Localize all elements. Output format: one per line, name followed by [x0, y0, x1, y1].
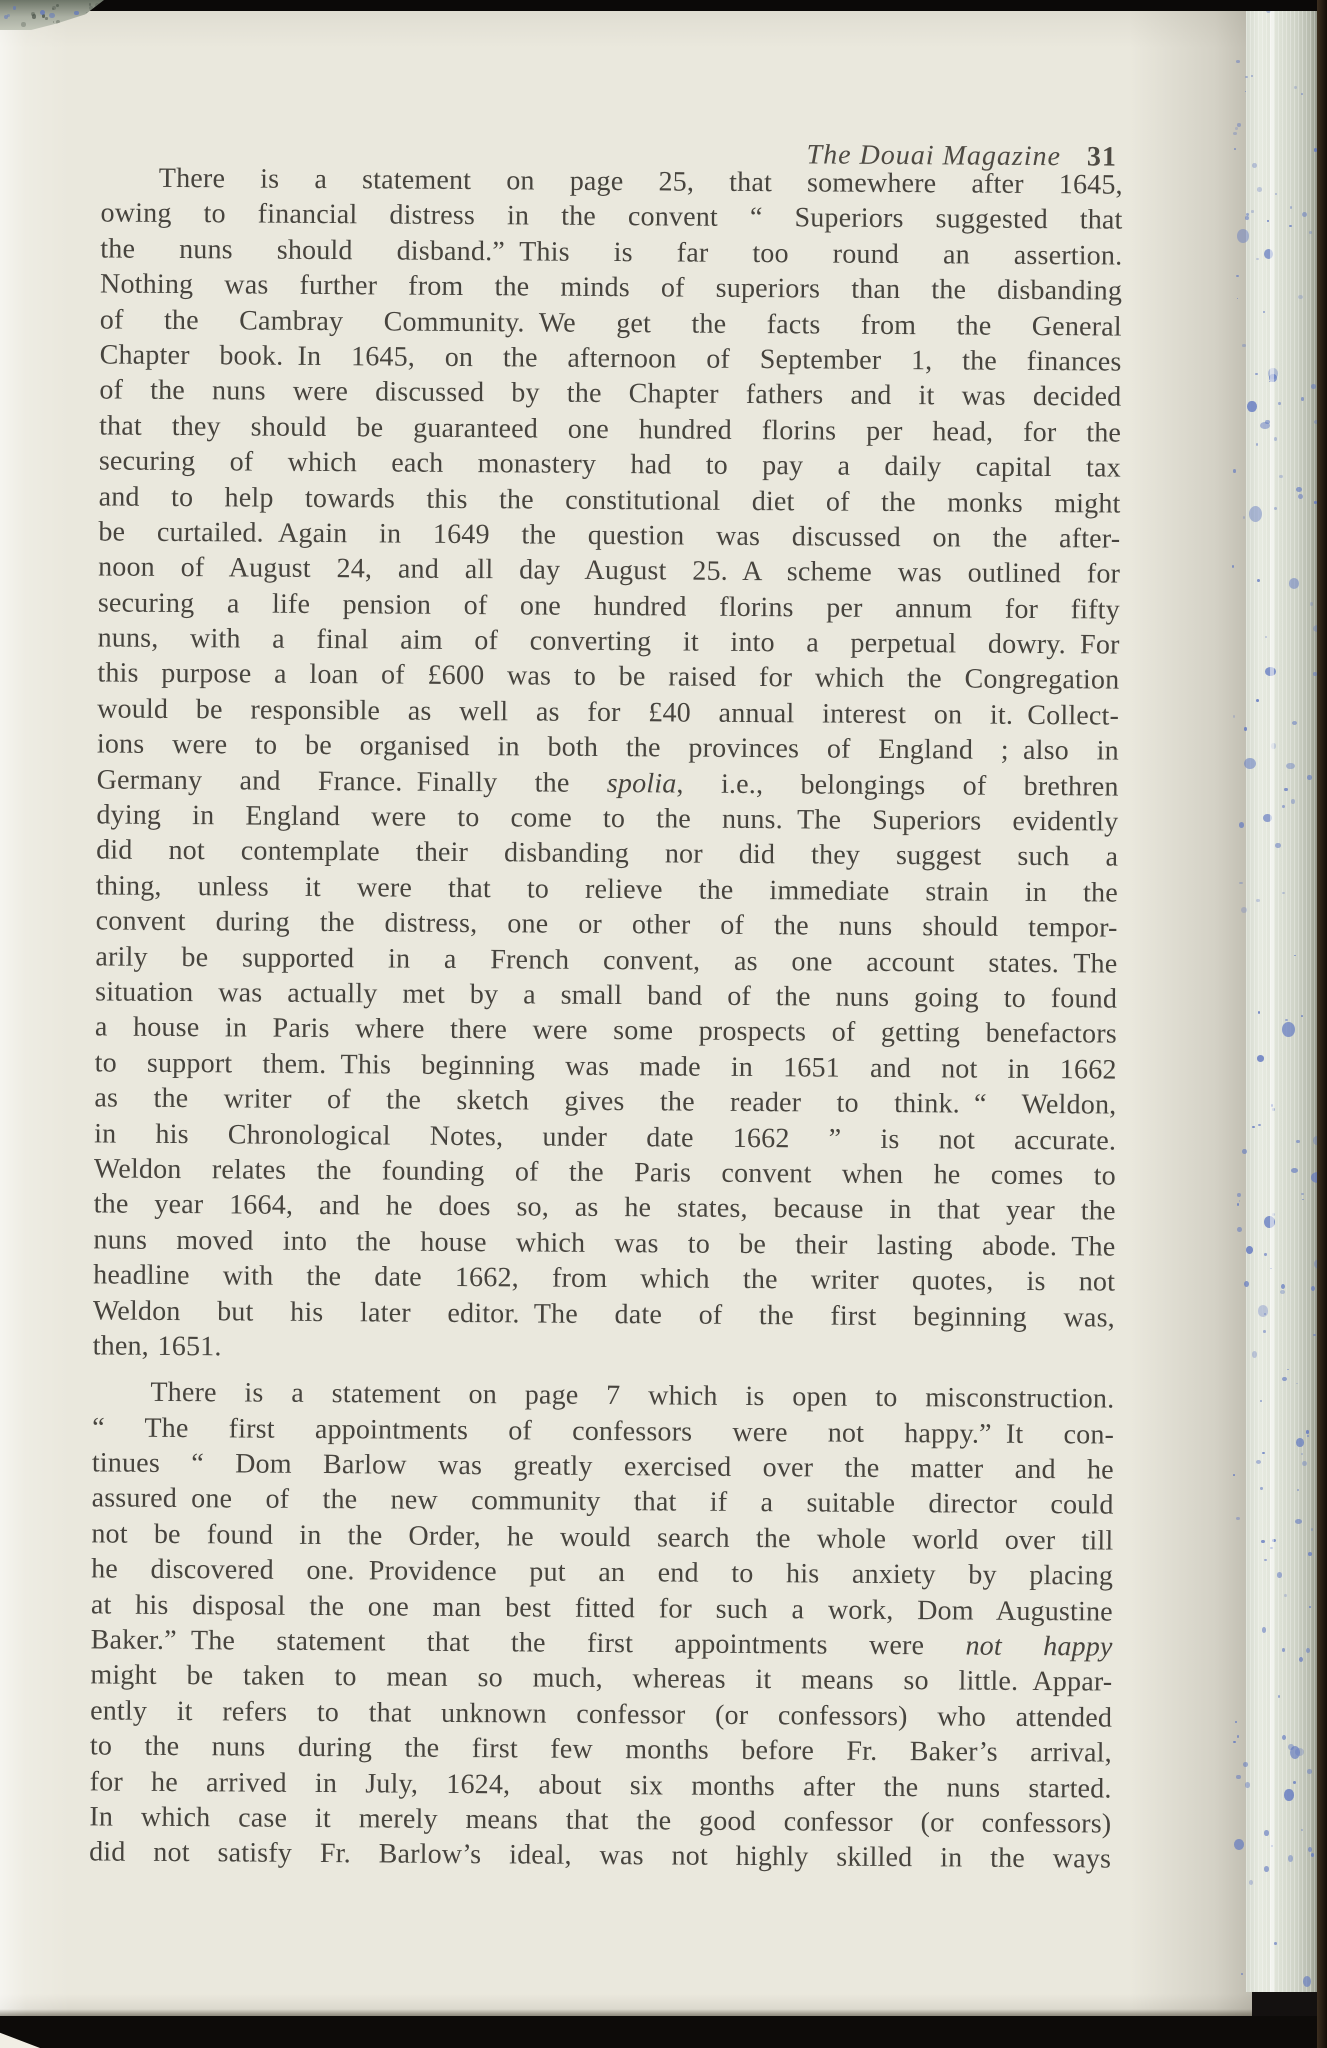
speckle	[1311, 1286, 1315, 1291]
text-segment: securing of which each monastery had to …	[99, 446, 1121, 484]
speckle	[1257, 579, 1260, 582]
text-segment: Germany and France. Finally the	[97, 764, 607, 799]
speckle	[1307, 1435, 1309, 1437]
text-segment: noon of August 24, and all day August 25…	[98, 552, 1120, 590]
speckle	[1244, 727, 1247, 730]
text-segment: be curtailed. Again in 1649 the question…	[98, 516, 1120, 554]
speckle	[1301, 1453, 1303, 1455]
speckle	[1269, 374, 1276, 382]
speckle	[1285, 1019, 1289, 1022]
speckle	[1267, 220, 1270, 222]
text-segment: ions were to be organised in both the pr…	[97, 729, 1119, 767]
text-body: There is a statement on page 25, that so…	[89, 160, 1123, 1877]
text-segment: nuns, with a final aim of converting it …	[98, 623, 1120, 661]
text-segment: to the nuns during the first few months …	[90, 1731, 1112, 1769]
speckle	[1237, 123, 1242, 127]
speckle	[1258, 1305, 1269, 1316]
speckle	[1233, 715, 1235, 718]
text-segment: There is a statement on page 25, that so…	[159, 163, 1123, 201]
speckle	[1258, 1124, 1261, 1126]
text-segment: owing to financial distress in the conve…	[101, 198, 1123, 236]
text-segment: securing a life pension of one hundred f…	[98, 587, 1120, 625]
speckle	[1301, 1829, 1303, 1831]
speckle	[21, 22, 26, 27]
speckle	[1269, 381, 1271, 382]
text-segment: not be found in the Order, he would sear…	[91, 1518, 1113, 1556]
text-segment: of the nuns were discussed by the Chapte…	[99, 375, 1121, 413]
speckle	[1277, 1572, 1282, 1577]
speckle	[1282, 1735, 1286, 1740]
speckle	[1270, 1268, 1272, 1269]
speckle	[1257, 187, 1262, 191]
scanned-book-photo: The Douai Magazine31 There is a statemen…	[0, 0, 1327, 2048]
speckle	[1249, 1880, 1253, 1885]
text-segment: as the writer of the sketch gives the re…	[94, 1083, 1116, 1121]
speckle	[1284, 1594, 1287, 1598]
speckle	[1263, 814, 1272, 822]
speckle	[1306, 1430, 1310, 1434]
italic-text: spolia	[607, 768, 677, 799]
text-segment: In which case it merely means that the g…	[89, 1801, 1111, 1839]
text-segment: “ The first appointments of confessors w…	[92, 1412, 1114, 1450]
speckle	[1245, 91, 1247, 92]
text-line: did not satisfy Fr. Barlow’s ideal, was …	[89, 1835, 1111, 1878]
text-segment: he discovered one. Providence put an end…	[91, 1554, 1113, 1592]
text-segment: Chapter book. In 1645, on the afternoon …	[100, 339, 1122, 377]
speckle	[1264, 1830, 1269, 1835]
speckle	[1235, 127, 1238, 131]
speckle	[1262, 1627, 1267, 1633]
text-segment: arily be supported in a French convent, …	[95, 941, 1117, 979]
speckle	[1272, 1539, 1276, 1542]
speckle	[1282, 805, 1285, 808]
text-segment: Weldon but his later editor. The date of…	[93, 1295, 1115, 1333]
speckle	[1308, 1552, 1312, 1556]
speckle	[1307, 1769, 1312, 1774]
speckle	[1293, 1781, 1296, 1784]
speckle	[1282, 892, 1285, 894]
speckle	[1237, 1227, 1242, 1232]
speckle	[1245, 216, 1249, 220]
text-segment: Nothing was further from the minds of su…	[100, 269, 1122, 307]
speckle	[1310, 602, 1313, 605]
speckle	[1274, 507, 1277, 510]
speckle	[1234, 1839, 1243, 1850]
text-segment: Baker.” The statement that the first app…	[91, 1624, 966, 1661]
speckle	[1282, 1648, 1285, 1652]
speckle	[1282, 1377, 1286, 1381]
speckle	[1289, 225, 1292, 228]
speckle	[1256, 1460, 1261, 1464]
speckle	[1291, 799, 1295, 804]
speckle	[1251, 75, 1253, 77]
speckle	[1271, 1104, 1274, 1107]
text-segment: at his disposal the one man best fitted …	[91, 1589, 1113, 1627]
speckle	[1296, 487, 1301, 492]
speckle	[1265, 420, 1270, 425]
paragraph: There is a statement on page 25, that so…	[93, 160, 1123, 1370]
speckle	[1264, 1866, 1269, 1871]
speckle	[1252, 1126, 1254, 1128]
page-fore-edge	[1246, 6, 1318, 1992]
speckle	[1265, 667, 1276, 676]
speckle	[1275, 193, 1277, 195]
speckle	[1284, 1789, 1293, 1800]
text-segment: a house in Paris where there were some p…	[95, 1012, 1117, 1050]
text-segment: did not satisfy Fr. Barlow’s ideal, was …	[89, 1837, 1111, 1875]
speckle	[1272, 1213, 1275, 1216]
speckle	[1237, 1193, 1241, 1198]
speckle	[1264, 1216, 1275, 1229]
text-segment: situation was actually met by a small ba…	[95, 976, 1117, 1014]
binding-bottom-edge	[0, 2016, 1327, 2048]
speckle	[31, 12, 35, 16]
speckle	[1309, 231, 1312, 234]
text-segment: did not contemplate their disbanding nor…	[96, 835, 1118, 873]
speckle	[1295, 1519, 1303, 1525]
speckle	[1243, 516, 1245, 519]
speckle	[1263, 311, 1265, 313]
text-segment: the nuns should disband.” This is far to…	[100, 233, 1122, 271]
speckle	[1284, 788, 1287, 791]
speckle	[1278, 402, 1281, 405]
speckle	[1264, 1253, 1266, 1255]
speckle	[1244, 1281, 1249, 1287]
speckle	[1298, 494, 1303, 499]
speckle	[1311, 1853, 1314, 1857]
speckle	[4, 15, 8, 19]
binding-top-edge	[0, 0, 1327, 11]
speckle	[1311, 384, 1316, 388]
speckle	[1291, 1168, 1299, 1174]
text-segment: convent during the distress, one or othe…	[96, 906, 1118, 944]
speckle	[1302, 1461, 1307, 1466]
speckle	[1282, 1022, 1295, 1037]
text-segment: , i.e., belongings of brethren	[676, 768, 1118, 802]
text-line: then, 1651.	[93, 1328, 1115, 1371]
speckle	[1288, 1855, 1293, 1861]
text-segment: headline with the date 1662, from which …	[93, 1260, 1115, 1298]
speckle	[1272, 1108, 1276, 1111]
speckle	[1280, 1290, 1285, 1294]
speckle	[1233, 1741, 1235, 1743]
speckle	[1290, 206, 1292, 208]
text-segment: and to help towards this the constitutio…	[99, 481, 1121, 519]
speckle	[1264, 1559, 1266, 1561]
text-segment: of the Cambray Community. We get the fac…	[100, 304, 1122, 342]
speckle	[1281, 1284, 1286, 1290]
text-segment: thing, unless it were that to relieve th…	[96, 870, 1118, 908]
speckle	[1275, 843, 1280, 848]
speckle	[1274, 437, 1277, 441]
speckle	[56, 4, 59, 7]
speckle	[1294, 955, 1296, 956]
binding-right-edge	[1317, 0, 1327, 2048]
text-segment: nuns moved into the house which was to b…	[93, 1224, 1115, 1262]
speckle	[1247, 401, 1257, 412]
speckle	[1294, 86, 1298, 89]
speckle	[1242, 1149, 1246, 1154]
speckle	[1279, 475, 1283, 479]
speckle	[1271, 1845, 1273, 1846]
speckle	[1298, 295, 1303, 299]
speckle	[1299, 1657, 1303, 1662]
speckle	[1301, 1193, 1304, 1196]
italic-text: not happy	[965, 1631, 1112, 1663]
text-segment: would be responsible as well as for £40 …	[97, 693, 1119, 731]
text-segment: in his Chronological Notes, under date 1…	[94, 1118, 1116, 1156]
speckle	[1309, 1606, 1311, 1608]
speckle	[1301, 1015, 1303, 1017]
speckle	[53, 21, 55, 23]
text-segment: ently it refers to that unknown confesso…	[90, 1695, 1112, 1733]
speckle	[1236, 1775, 1241, 1780]
text-segment: tinues “ Dom Barlow was greatly exercise…	[92, 1447, 1114, 1485]
text-segment: then, 1651.	[93, 1330, 222, 1362]
speckle	[1289, 578, 1300, 589]
speckle	[1251, 210, 1255, 213]
text-segment: Weldon relates the founding of the Paris…	[94, 1153, 1116, 1191]
speckle	[1245, 1782, 1250, 1788]
text-segment: There is a statement on page 7 which is …	[150, 1377, 1114, 1415]
speckle	[1256, 899, 1260, 903]
speckle	[1307, 775, 1312, 780]
speckle	[1252, 1351, 1257, 1357]
speckle	[1245, 76, 1248, 78]
speckle	[1292, 721, 1297, 725]
speckle	[1296, 1383, 1298, 1385]
speckle	[13, 6, 16, 9]
speckle	[1260, 1487, 1262, 1489]
text-segment: to support them. This beginning was made…	[95, 1047, 1117, 1085]
speckle	[1301, 397, 1304, 401]
text-segment: for he arrived in July, 1624, about six …	[90, 1766, 1112, 1804]
speckle	[1301, 93, 1303, 95]
speckle	[1239, 822, 1244, 827]
speckle	[1271, 743, 1275, 748]
speckle	[1302, 1199, 1304, 1201]
speckle	[1311, 1528, 1313, 1531]
speckle	[49, 13, 54, 18]
speckle	[1243, 1762, 1248, 1767]
text-segment: might be taken to mean so much, whereas …	[90, 1660, 1112, 1698]
text-line: Weldon but his later editor. The date of…	[93, 1293, 1115, 1336]
text-segment: that they should be guaranteed one hundr…	[99, 410, 1121, 448]
speckle	[1278, 1695, 1281, 1698]
speckle	[1265, 636, 1267, 639]
text-segment: the year 1664, and he does so, as he sta…	[94, 1189, 1116, 1227]
speckle	[1244, 758, 1256, 769]
speckle	[1287, 1369, 1289, 1370]
speckle	[1256, 443, 1258, 446]
speckle	[1290, 1746, 1300, 1759]
speckle	[1241, 907, 1247, 914]
speckle	[1306, 1648, 1310, 1653]
text-segment: this purpose a loan of £600 was to be ra…	[97, 658, 1119, 696]
speckle	[1260, 1400, 1263, 1402]
speckle	[1258, 1011, 1260, 1013]
speckle	[1256, 699, 1260, 702]
text-segment: dying in England were to come to the nun…	[96, 799, 1118, 837]
speckle	[45, 17, 47, 19]
text-segment: assured one of the new community that if…	[92, 1483, 1114, 1521]
speckle	[1249, 506, 1262, 523]
speckle	[1286, 763, 1295, 770]
speckle	[1274, 1942, 1277, 1945]
speckle	[1313, 1334, 1316, 1337]
speckle	[1255, 373, 1257, 376]
speckle	[1263, 1330, 1266, 1333]
speckle	[1257, 1055, 1264, 1062]
speckle	[1296, 1140, 1300, 1143]
speckle	[1237, 229, 1249, 243]
speckle	[52, 8, 54, 10]
speckle	[1241, 1973, 1243, 1975]
speckle	[1303, 1976, 1311, 1987]
speckle	[1256, 258, 1259, 261]
speckle	[74, 11, 79, 16]
book-page: The Douai Magazine31 There is a statemen…	[0, 8, 1252, 2020]
speckle	[1296, 1438, 1304, 1447]
speckle	[1308, 1847, 1312, 1852]
speckle	[1302, 212, 1307, 217]
speckle	[1252, 163, 1257, 168]
speckle	[1264, 249, 1273, 260]
speckle	[1236, 275, 1238, 277]
speckle	[1262, 1452, 1264, 1454]
speckle	[1270, 1547, 1273, 1550]
paragraph: There is a statement on page 7 which is …	[89, 1375, 1114, 1878]
speckle	[1297, 1489, 1299, 1491]
speckle	[1246, 1246, 1253, 1254]
speckle	[1242, 344, 1245, 347]
speckle	[1261, 1540, 1265, 1543]
